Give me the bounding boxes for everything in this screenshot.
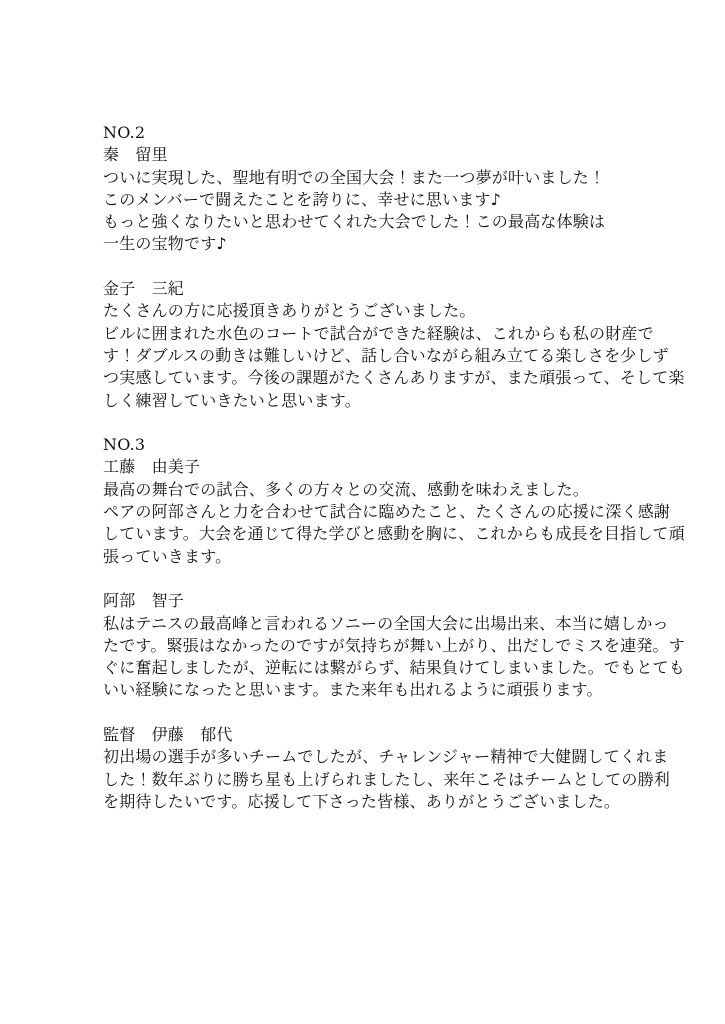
player-name: 監督 伊藤 郁代 [103, 724, 665, 746]
player-name: 金子 三紀 [103, 278, 665, 300]
comment-line: しく練習していきたいと思います。 [103, 390, 665, 412]
comment-line: ついに実現した、聖地有明での全国大会！また一つ夢が叶いました！ [103, 167, 665, 189]
document-page: NO.2秦 留里ついに実現した、聖地有明での全国大会！また一つ夢が叶いました！こ… [0, 0, 725, 1024]
comment-line: 張っていきます。 [103, 546, 665, 568]
comment-line: このメンバーで闘えたことを誇りに、幸せに思います♪ [103, 189, 665, 211]
comment-line: を期待したいです。応援して下さった皆様、ありがとうございました。 [103, 791, 665, 813]
comment-line: ビルに囲まれた水色のコートで試合ができた経験は、これからも私の財産で [103, 323, 665, 345]
comment-line: す！ダブルスの動きは難しいけど、話し合いながら組み立てる楽しさを少しず [103, 345, 665, 367]
section-number: NO.3 [103, 434, 665, 456]
player-name: 阿部 智子 [103, 590, 665, 612]
document-body: NO.2秦 留里ついに実現した、聖地有明での全国大会！また一つ夢が叶いました！こ… [103, 122, 665, 813]
player-name: 工藤 由美子 [103, 456, 665, 478]
comment-section: NO.3工藤 由美子最高の舞台での試合、多くの方々との交流、感動を味わえました。… [103, 434, 665, 568]
comment-section: 金子 三紀たくさんの方に応援頂きありがとうございました。ビルに囲まれた水色のコー… [103, 278, 665, 412]
comment-line: もっと強くなりたいと思わせてくれた大会でした！この最高な体験は [103, 211, 665, 233]
player-name: 秦 留里 [103, 144, 665, 166]
comment-section: 阿部 智子私はテニスの最高峰と言われるソニーの全国大会に出場出来、本当に嬉しかっ… [103, 590, 665, 701]
comment-line: たです。緊張はなかったのですが気持ちが舞い上がり、出だしでミスを連発。す [103, 635, 665, 657]
comment-section: 監督 伊藤 郁代初出場の選手が多いチームでしたが、チャレンジャー精神で大健闘して… [103, 724, 665, 813]
section-number: NO.2 [103, 122, 665, 144]
comment-line: 初出場の選手が多いチームでしたが、チャレンジャー精神で大健闘してくれま [103, 746, 665, 768]
comment-line: 一生の宝物です♪ [103, 233, 665, 255]
comment-line: ぐに奮起しましたが、逆転には繋がらず、結果負けてしまいました。でもとても [103, 657, 665, 679]
comment-section: NO.2秦 留里ついに実現した、聖地有明での全国大会！また一つ夢が叶いました！こ… [103, 122, 665, 256]
comment-line: 私はテニスの最高峰と言われるソニーの全国大会に出場出来、本当に嬉しかっ [103, 613, 665, 635]
comment-line: いい経験になったと思います。また来年も出れるように頑張ります。 [103, 679, 665, 701]
comment-line: たくさんの方に応援頂きありがとうございました。 [103, 300, 665, 322]
comment-line: つ実感しています。今後の課題がたくさんありますが、また頑張って、そして楽 [103, 367, 665, 389]
comment-line: ペアの阿部さんと力を合わせて試合に臨めたこと、たくさんの応援に深く感謝 [103, 501, 665, 523]
comment-line: しています。大会を通じて得た学びと感動を胸に、これからも成長を目指して頑 [103, 523, 665, 545]
comment-line: した！数年ぶりに勝ち星も上げられましたし、来年こそはチームとしての勝利 [103, 769, 665, 791]
comment-line: 最高の舞台での試合、多くの方々との交流、感動を味わえました。 [103, 479, 665, 501]
